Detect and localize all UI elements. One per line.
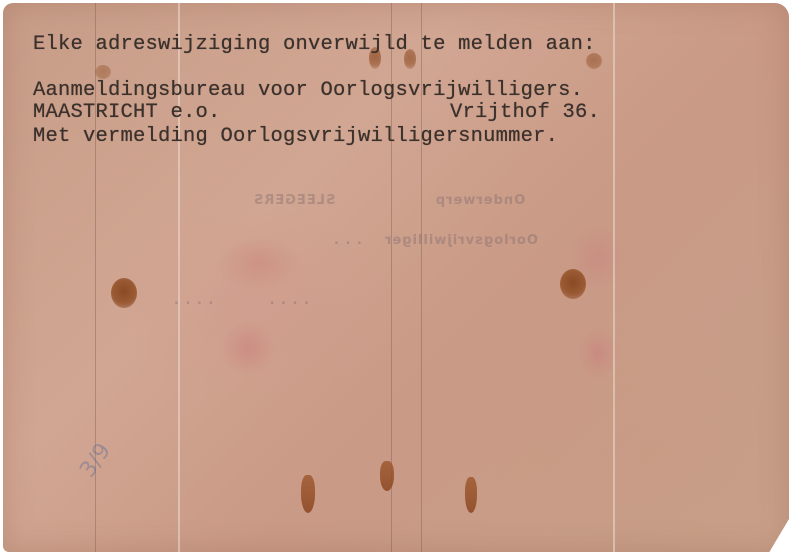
crease-line — [613, 3, 615, 552]
instruction-line: Elke adreswijziging onverwijld te melden… — [33, 33, 596, 56]
bureau-name: Aanmeldingsbureau voor Oorlogsvrijwillig… — [33, 79, 583, 102]
document-card: Onderwerp SLEEGERS Oorlogsvrijwilliger .… — [3, 3, 789, 552]
city-line: MAASTRICHT e.o. — [33, 101, 221, 124]
ink-drip — [465, 477, 477, 513]
reference-line: Met vermelding Oorlogsvrijwilligersnumme… — [33, 125, 558, 148]
street-address: Vrijthof 36. — [450, 101, 600, 124]
coffee-stain — [111, 278, 137, 308]
bleed-through-text: . . . . . . . . — [173, 293, 309, 308]
pencil-annotation: 3/9 — [75, 439, 116, 482]
ink-drip — [380, 461, 394, 491]
ink-drip — [301, 475, 315, 513]
bleed-through-text: Onderwerp SLEEGERS — [253, 193, 525, 208]
stain-spot — [95, 65, 111, 79]
coffee-stain — [560, 269, 586, 299]
bleed-through-text: Oorlogsvrijwilliger . . . — [333, 233, 538, 248]
